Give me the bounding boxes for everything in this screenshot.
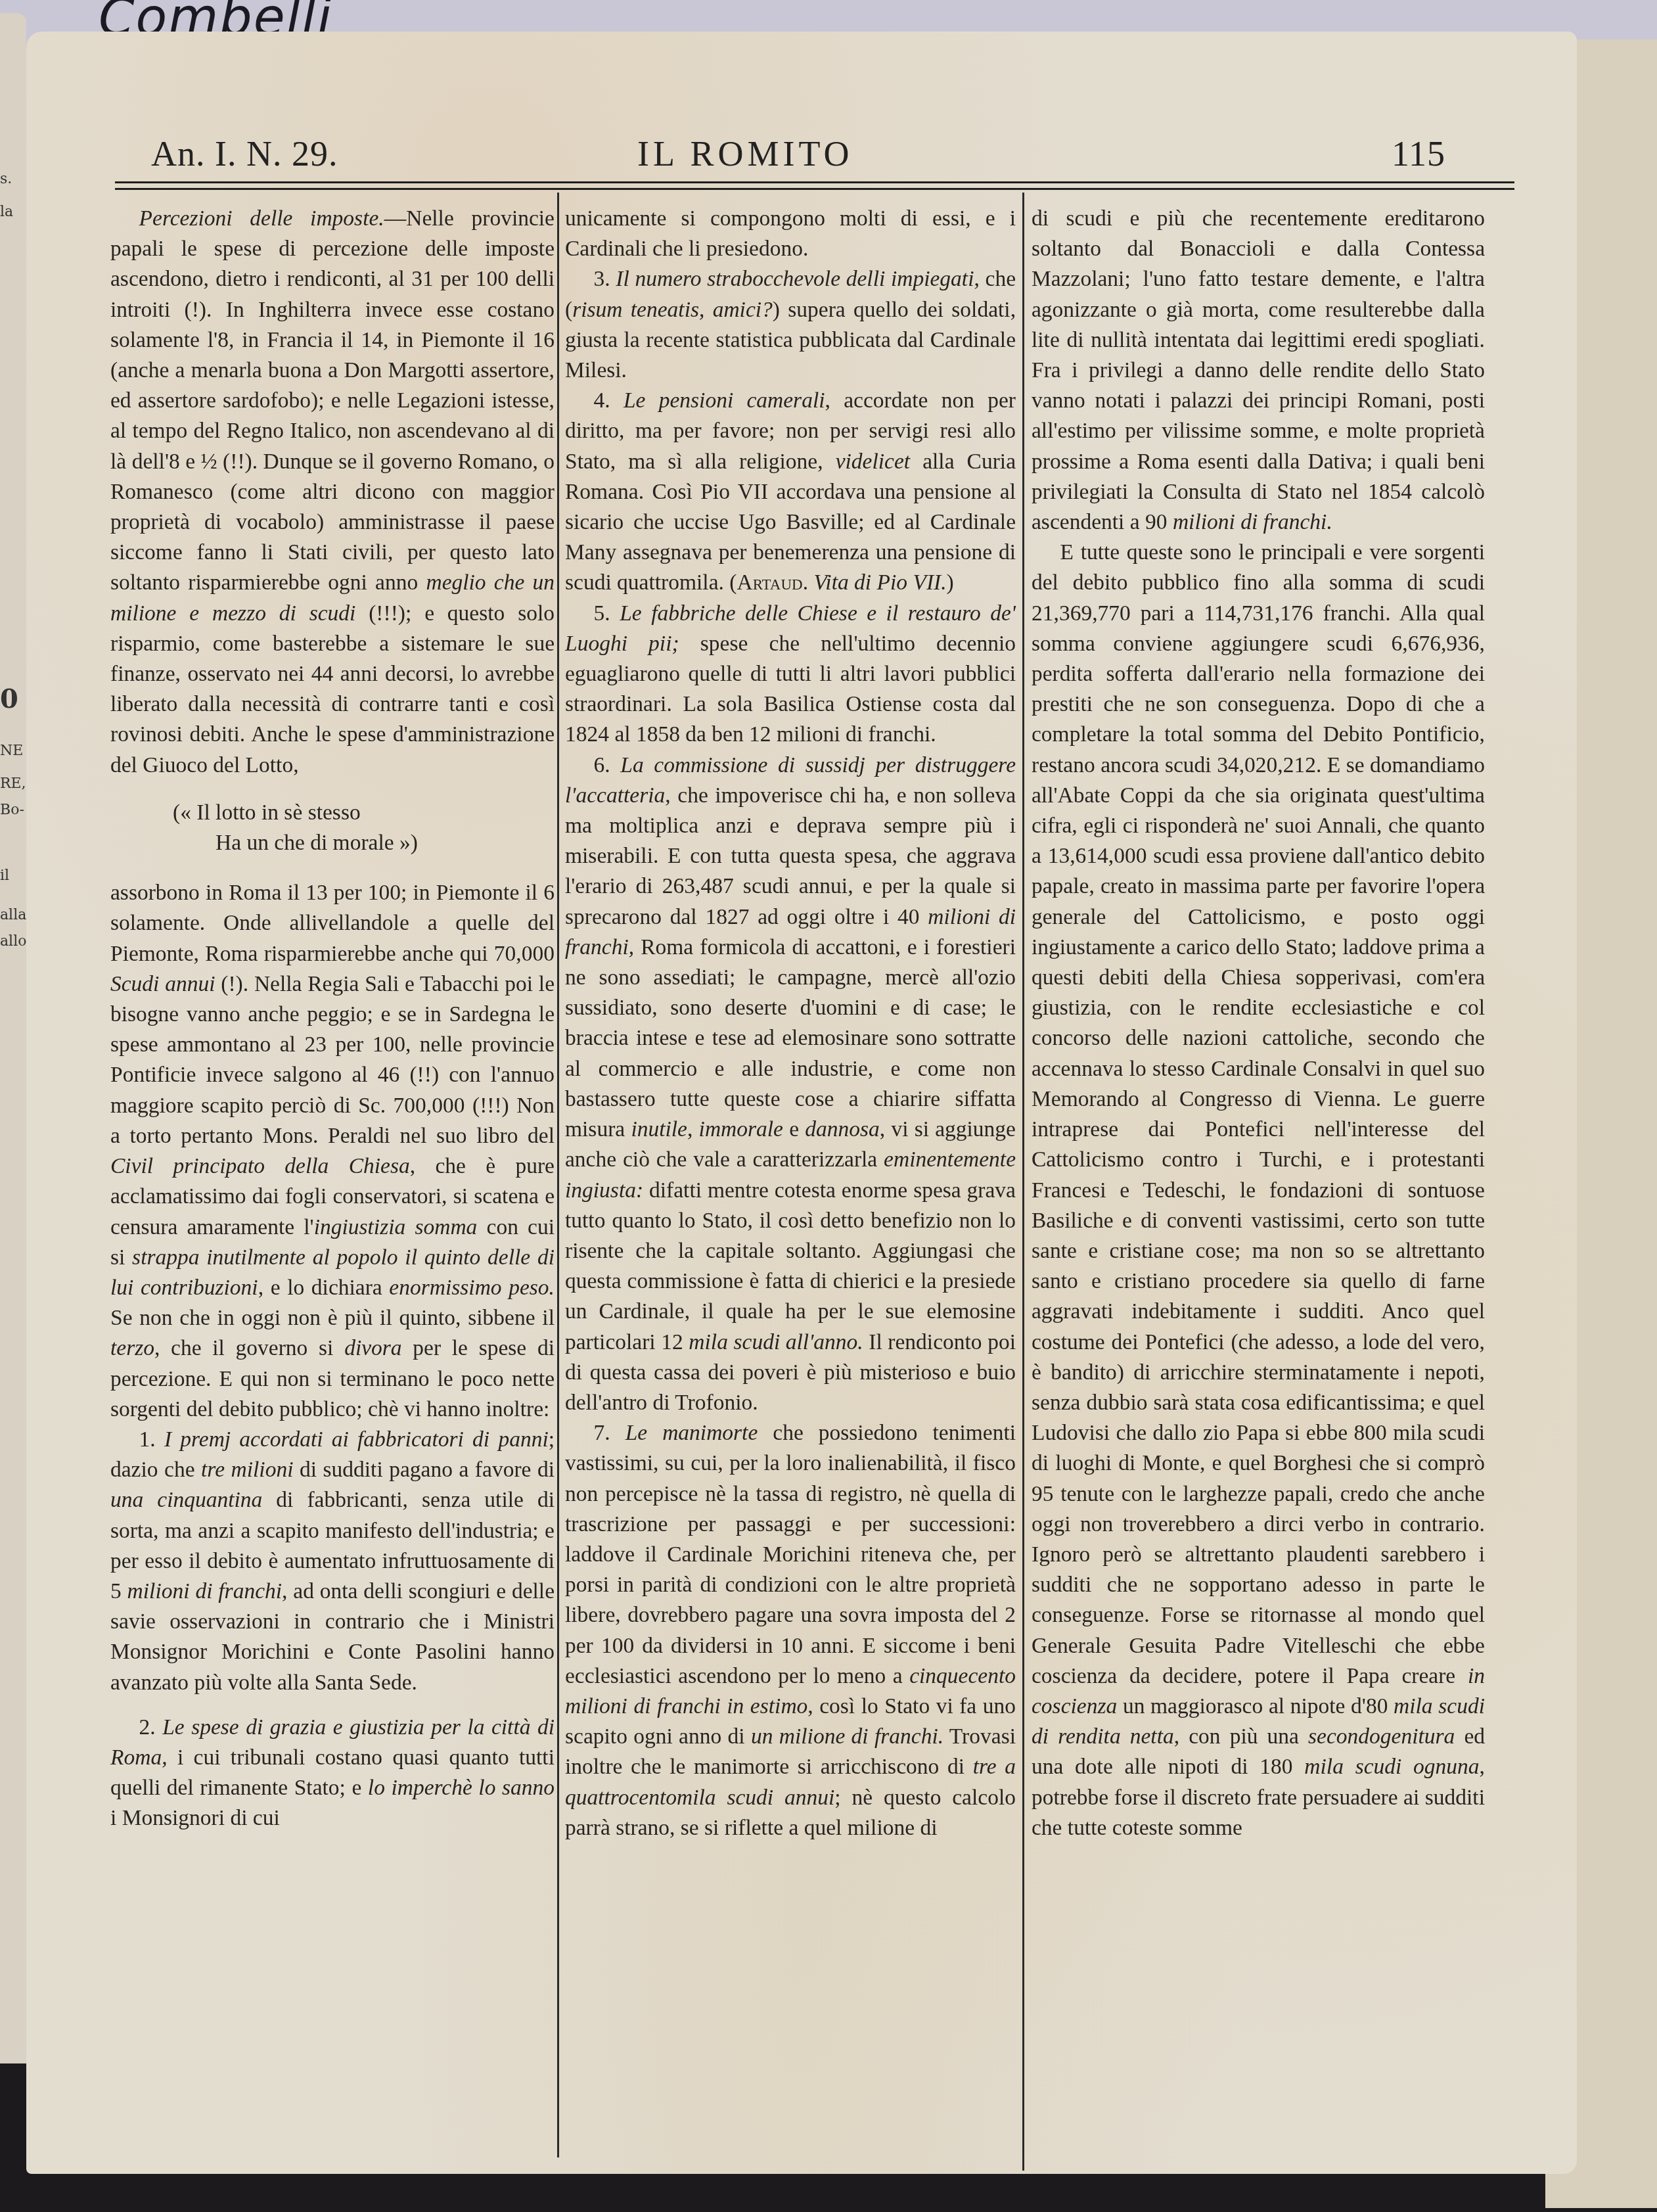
column-divider — [1022, 193, 1024, 2171]
list-item-4: 4. Le pensioni camerali, accordate non p… — [565, 386, 1016, 598]
list-item-3: 3. Il numero strabocchevole delli impieg… — [565, 264, 1016, 386]
list-item-7: 7. Le manimorte che possiedono tenimenti… — [565, 1418, 1016, 1843]
lotto-quote: (« Il lotto in sè stesso Ha un che di mo… — [110, 798, 555, 858]
issue-number: An. I. N. 29. — [151, 133, 338, 174]
paragraph-debito: E tutte queste sono le principali e vere… — [1032, 538, 1485, 1843]
paragraph-percezioni: Percezioni delle imposte.—Nelle provinci… — [110, 204, 555, 781]
page-number: 115 — [1392, 133, 1445, 174]
paragraph-continued: di scudi e più che recentemente ereditar… — [1032, 204, 1485, 538]
left-fragment: allo — [0, 933, 26, 950]
list-item-1: 1. I premj accordati ai fabbricatori di … — [110, 1425, 555, 1698]
newspaper-page: An. I. N. 29. IL ROMITO 115 Percezioni d… — [26, 32, 1577, 2174]
header-rule — [115, 188, 1514, 190]
left-fragment: Bo- — [0, 802, 24, 818]
paragraph-continued: unicamente si compongono molti di essi, … — [565, 204, 1016, 264]
column-1: Percezioni delle imposte.—Nelle provinci… — [110, 204, 555, 1834]
header-rule — [115, 181, 1514, 183]
section-lead: Percezioni delle imposte. — [139, 206, 384, 231]
column-2: unicamente si compongono molti di essi, … — [565, 204, 1016, 1843]
list-item-5: 5. Le fabbriche delle Chiese e il restau… — [565, 599, 1016, 750]
list-item-2: 2. Le spese di grazia e giustizia per la… — [110, 1713, 555, 1834]
list-item-6: 6. La commissione di sussidj per distrug… — [565, 750, 1016, 1418]
paragraph-lotto: assorbono in Roma il 13 per 100; in Piem… — [110, 878, 555, 1425]
left-fragment: 0 — [0, 683, 18, 714]
column-3: di scudi e più che recentemente ereditar… — [1032, 204, 1485, 1843]
left-fragment: il — [0, 867, 9, 884]
left-fragment: RE, — [0, 775, 26, 792]
left-fragment: s. — [0, 171, 12, 187]
left-fragment: alla — [0, 907, 26, 923]
adjacent-page-left: s. la 0 NE RE, Bo- il alla allo — [0, 13, 26, 2063]
left-fragment: la — [0, 204, 13, 220]
masthead-title: IL ROMITO — [637, 133, 853, 174]
column-divider — [557, 193, 559, 2157]
left-fragment: NE — [0, 743, 23, 759]
page-header: An. I. N. 29. IL ROMITO 115 — [26, 32, 1577, 202]
